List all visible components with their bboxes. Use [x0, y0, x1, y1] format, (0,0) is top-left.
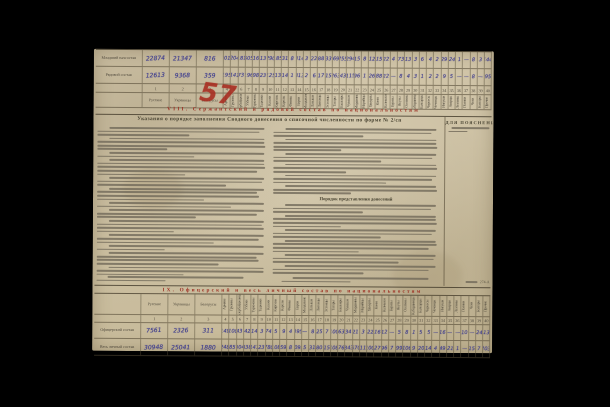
print-text-line	[284, 254, 435, 257]
nationality-header-text: Лезгины	[457, 96, 461, 109]
print-text-line	[97, 270, 264, 273]
nationality-header: Эстонцы	[324, 295, 331, 315]
col-number: 2	[170, 84, 197, 92]
nationality-header: Туркмены	[251, 295, 258, 315]
handwritten-value: 8	[309, 324, 316, 339]
handwritten-value-text: 570	[353, 345, 360, 351]
handwritten-value: 8	[403, 325, 410, 340]
handwritten-value-text: 14	[251, 328, 257, 334]
print-text-line	[273, 178, 432, 181]
print-text-line	[97, 227, 264, 230]
print-text-line	[97, 134, 189, 136]
col-number: 1	[143, 84, 170, 92]
print-text-line	[273, 157, 432, 160]
handwritten-value-text: 248	[222, 344, 229, 350]
handwritten-value: 16	[374, 325, 381, 340]
col-number-text: 31	[420, 87, 424, 92]
nationality-header: Чуваши	[346, 295, 353, 315]
handwritten-value: 196	[245, 68, 252, 84]
nationality-header: Мордвины	[353, 295, 360, 315]
handwritten-value: 80	[316, 340, 323, 356]
handwritten-value: 1	[456, 52, 463, 68]
col-number-text: 32	[426, 318, 430, 323]
col-number-text: 36	[455, 318, 459, 323]
nationality-header: Казахи	[266, 295, 273, 315]
print-text-line	[97, 231, 174, 233]
nationality-header-text: Чехи	[471, 98, 475, 105]
print-text-line	[273, 261, 399, 263]
col-number-text: 7	[247, 86, 249, 91]
print-text-line	[273, 192, 351, 194]
handwritten-value: 3	[412, 69, 419, 85]
col-number: 22	[354, 85, 361, 93]
print-text-line	[284, 229, 435, 232]
row-label: Рядовой состав	[96, 67, 143, 83]
nationality-header-text: Черкесы	[428, 96, 432, 108]
handwritten-value-text: 15	[354, 56, 360, 62]
handwritten-value-text: 185	[275, 56, 282, 62]
print-text-line	[109, 202, 264, 205]
handwritten-value-text: 49	[440, 346, 446, 352]
handwritten-value-text: 5	[419, 329, 422, 335]
col-number-text: 12	[281, 317, 285, 322]
handwritten-value-text: 816	[204, 55, 215, 62]
nationality-header-text: Буряты	[392, 96, 396, 107]
handwritten-value: 49	[440, 341, 447, 357]
handwritten-value: 12613	[143, 67, 170, 83]
handwritten-value-text: 30948	[144, 343, 163, 351]
handwritten-value-text: 9	[412, 346, 416, 352]
handwritten-value-text: —	[462, 346, 467, 352]
print-text-line	[109, 245, 264, 248]
handwritten-value-text: 1	[421, 74, 424, 80]
handwritten-value-text: 3	[361, 329, 364, 335]
col-number: 18	[324, 316, 331, 323]
handwritten-value-text: 100	[229, 328, 236, 335]
handwritten-value-text: 22	[367, 329, 373, 335]
handwritten-value: 99	[396, 341, 403, 357]
handwritten-value: 22	[383, 69, 390, 85]
handwritten-value-text: 85	[229, 344, 236, 350]
row-label-text: Офицерский состав	[99, 328, 135, 333]
col-number-text: 16	[312, 87, 316, 92]
handwritten-value: —	[456, 69, 463, 85]
print-text-line	[109, 152, 264, 155]
print-text-line	[285, 139, 436, 142]
col-number: 7	[244, 316, 251, 323]
nationality-header-text: Русские	[149, 98, 162, 102]
col-number-text: 20	[339, 317, 343, 322]
handwritten-value-text: —	[455, 329, 460, 335]
handwritten-value: 42	[244, 324, 251, 339]
handwritten-value-text: 42	[244, 328, 250, 334]
nationality-header: Башкиры	[340, 94, 347, 108]
col-number: 24	[369, 85, 376, 93]
handwritten-value: 13	[274, 68, 281, 84]
handwritten-value: 4	[405, 69, 412, 85]
nationality-header: Коми	[375, 296, 382, 316]
handwritten-value: 294	[347, 51, 354, 67]
nationality-header: Поляки	[462, 296, 469, 316]
col-number: 35	[447, 317, 454, 324]
nationality-header-text: Армяне	[224, 299, 228, 310]
print-text-line	[108, 266, 263, 269]
handwritten-value: 15	[354, 51, 361, 67]
nationality-header: Белорусы	[195, 294, 222, 314]
nationality-header-text: Узбеки	[245, 300, 249, 310]
nationality-header: Киргизы	[274, 94, 281, 108]
col-number-text: 34	[442, 87, 446, 92]
handwritten-value: 12	[382, 325, 389, 340]
handwritten-value-text: 3	[479, 57, 482, 63]
print-text-line	[97, 180, 262, 183]
print-text-line	[273, 272, 364, 274]
col-number-text: 22	[354, 317, 358, 322]
col-number-text: 21	[348, 87, 352, 92]
handwritten-value: 88	[318, 51, 325, 67]
handwritten-value-text: 88	[318, 56, 324, 62]
nationality-header: Якуты	[396, 296, 403, 316]
nationality-header: Литовцы	[318, 94, 325, 108]
col-number: 36	[454, 317, 461, 324]
handwritten-value: 5	[425, 325, 432, 340]
handwritten-value-text: 144	[485, 57, 492, 64]
corner-cell	[94, 294, 141, 314]
handwritten-value-text: 8	[311, 329, 314, 335]
handwritten-value-text: 12	[369, 56, 375, 62]
handwritten-value-text: 1	[457, 57, 460, 63]
handwritten-value: 33	[325, 51, 332, 67]
col-number-text: 36	[457, 87, 461, 92]
handwritten-value: 1	[411, 325, 418, 340]
handwritten-value-text: 15	[376, 56, 383, 62]
paper-sheet: Младший начсостав22874213478162010204181…	[92, 49, 494, 353]
col-number-text: 17	[319, 87, 323, 92]
handwritten-value: 1093	[295, 340, 302, 356]
handwritten-value: 263	[332, 68, 339, 84]
print-text-line	[97, 206, 231, 209]
handwritten-value-text: 25	[316, 329, 322, 335]
nationality-header: Финны	[289, 94, 296, 108]
nationality-header: Туркмены	[253, 94, 260, 108]
print-text-line	[273, 243, 437, 246]
print-text-line	[273, 236, 381, 238]
nationality-header-text: Туркмены	[253, 297, 257, 312]
nationality-header: Узбеки	[244, 295, 251, 315]
col-number: 40	[483, 317, 490, 324]
col-number: 20	[340, 85, 347, 93]
handwritten-value: 2010	[224, 51, 231, 67]
handwritten-value-text: 7	[390, 346, 393, 352]
nationality-header: Таджики	[259, 295, 266, 315]
handwritten-value: 395	[295, 324, 302, 339]
print-text-line	[97, 259, 259, 262]
col-number: 32	[425, 317, 432, 324]
handwritten-value-text: 2	[436, 74, 439, 80]
nationality-header-text: Украинцы	[173, 302, 190, 306]
handwritten-value-text: 9	[443, 74, 446, 80]
handwritten-value-text: 73	[238, 73, 244, 79]
nationality-header-text: Литовцы	[318, 299, 322, 312]
print-text-line	[273, 247, 429, 250]
nationality-header: Киргизы	[273, 295, 280, 315]
handwritten-value: 4	[391, 52, 398, 68]
handwritten-value-text: 96	[382, 345, 388, 351]
col-number: 5	[230, 316, 237, 323]
col-number: 15	[303, 85, 310, 93]
nationality-header-text: Латыши	[311, 299, 315, 311]
col-number-text: 10	[267, 317, 271, 322]
handwritten-value: 26	[369, 68, 376, 84]
handwritten-value: 13	[405, 52, 412, 68]
print-text-line	[285, 185, 436, 188]
handwritten-value-text: 12613	[146, 71, 165, 79]
print-text-line	[97, 173, 185, 175]
handwritten-value: 2	[427, 69, 434, 85]
col-number: 8	[251, 316, 258, 323]
nationality-header-text: Балкарцы	[419, 299, 423, 313]
handwritten-value-text: 59	[280, 345, 286, 351]
handwritten-value-text: 9368	[175, 72, 190, 79]
col-number: 30	[412, 86, 419, 94]
handwritten-value-text: 3	[305, 56, 309, 62]
nationality-header-text: Узбеки	[247, 96, 251, 106]
handwritten-value-text: 7	[325, 329, 328, 335]
handwritten-value-text: 4	[406, 74, 409, 80]
handwritten-value: 22	[367, 324, 374, 339]
print-text-line	[273, 160, 381, 162]
print-text-line	[273, 142, 436, 145]
nationality-header-text: Татары	[332, 300, 336, 310]
col-number: 7	[245, 85, 252, 93]
col-number: 36	[456, 86, 463, 94]
nationality-header: Черкесы	[425, 296, 432, 316]
handwritten-value: —	[432, 325, 439, 340]
footnote-right	[281, 277, 431, 285]
nationality-header-text: Башкиры	[341, 94, 345, 108]
nationality-header-text: Азербайджанцы	[238, 295, 242, 315]
nationality-header: Молдаване	[303, 94, 310, 108]
nationality-header-text: Прочие	[486, 97, 490, 108]
handwritten-value-text: 1093	[295, 345, 302, 351]
handwritten-value: 22874	[143, 50, 170, 66]
print-mark-number: 274-А	[480, 280, 490, 284]
handwritten-value: 108	[273, 340, 280, 356]
nationality-header: Евреи	[296, 94, 303, 108]
handwritten-value-text: 10	[461, 329, 467, 335]
handwritten-value: 1	[361, 68, 368, 84]
handwritten-value: 813	[296, 68, 303, 84]
nationality-header-text: Калмыки	[384, 95, 388, 109]
handwritten-value-text: 4	[434, 346, 437, 352]
handwritten-value-text: 780	[266, 345, 273, 352]
handwritten-value-text: 23	[260, 73, 266, 79]
col-number: 12	[280, 316, 287, 323]
handwritten-value: 149	[222, 324, 229, 339]
handwritten-value: 115	[347, 68, 354, 84]
row-label-text: Младший начсостав	[101, 56, 138, 61]
handwritten-value-text: 8	[289, 345, 292, 351]
print-text-line	[109, 188, 264, 191]
print-mark-prefix	[466, 281, 478, 283]
handwritten-value-text: —	[433, 329, 438, 335]
handwritten-value-text: 25041	[171, 344, 190, 351]
col-number-text: 25	[377, 87, 381, 92]
nationality-header-text: Молдаване	[305, 94, 309, 108]
handwritten-value: 255	[340, 51, 347, 67]
handwritten-value-text: 3	[414, 74, 418, 80]
nationality-header: Татары	[331, 295, 338, 315]
nationality-header-text: Карелы	[282, 299, 286, 310]
top-nationality-table: Младший начсостав22874213478162010204181…	[96, 49, 492, 110]
handwritten-value: 23	[258, 340, 265, 356]
col-number: 14	[295, 316, 302, 323]
handwritten-value-text: 9	[282, 328, 285, 334]
handwritten-value-text: 99	[396, 346, 402, 352]
handwritten-value-text: 2	[305, 73, 309, 79]
handwritten-value-text: 8	[405, 329, 408, 335]
col-number: 25	[376, 86, 383, 94]
handwritten-value: 290	[267, 51, 274, 67]
handwritten-value: 13	[260, 51, 267, 67]
handwritten-value: —	[454, 325, 461, 340]
handwritten-value-text: —	[464, 74, 469, 80]
handwritten-value-text: 63	[338, 329, 345, 335]
handwritten-value-text: 13	[274, 73, 280, 79]
handwritten-value: 31	[309, 340, 316, 356]
col-number-text: 27	[391, 87, 395, 92]
handwritten-value-text: 6	[421, 57, 424, 63]
handwritten-value-text: 15	[469, 346, 475, 352]
handwritten-value: 5	[448, 69, 455, 85]
col-number: 25	[375, 317, 382, 324]
table-row: Весь личный состав3094825041188024885304…	[94, 339, 490, 358]
handwritten-value: 2326	[168, 323, 195, 338]
for-explanations-title: ДЛЯ ПОЯСНЕНИЙ	[445, 120, 492, 125]
nationality-header: Удмурты	[369, 94, 376, 108]
print-text-line	[273, 167, 437, 170]
col-number: 3	[195, 315, 222, 322]
nationality-header: Балкарцы	[419, 95, 426, 109]
nationality-header-text: Чеченцы	[435, 95, 439, 108]
handwritten-value: 5	[273, 324, 280, 339]
print-text-line	[273, 149, 341, 151]
col-number: 17	[317, 316, 324, 323]
handwritten-value: 63	[338, 324, 345, 339]
handwritten-value-text: 1	[412, 329, 416, 335]
nationality-header-text: Кабардинцы	[412, 297, 416, 315]
col-number-text: 9	[262, 86, 264, 91]
nationality-header-text: Эстонцы	[326, 95, 330, 108]
print-text-line	[97, 248, 165, 250]
col-number-text: 30	[412, 318, 416, 323]
col-number: 6	[237, 316, 244, 323]
handwritten-value-text: —	[469, 330, 474, 336]
handwritten-value-text: 22874	[146, 54, 165, 62]
print-text-line	[273, 171, 346, 173]
handwritten-value-text: 69	[333, 56, 339, 62]
nationality-header: Аварцы	[447, 296, 454, 316]
handwritten-value: 304	[237, 340, 244, 356]
print-text-line	[273, 189, 437, 192]
handwritten-value: 29	[441, 52, 448, 68]
instructions-left-column	[97, 127, 268, 276]
handwritten-value-text: 181	[238, 55, 245, 61]
col-number: 29	[405, 86, 412, 94]
handwritten-value-text: —	[478, 74, 483, 80]
col-number-text: 40	[484, 318, 488, 323]
print-text-line	[97, 130, 259, 133]
col-number: 12	[282, 85, 289, 93]
nationality-header: Калмыки	[383, 95, 390, 109]
handwritten-value: —	[389, 325, 396, 340]
col-number-text: 6	[239, 317, 241, 322]
nationality-header-text: Белорусы	[200, 302, 216, 306]
print-text-line	[109, 138, 264, 141]
handwritten-value-text: 16	[253, 56, 259, 62]
handwritten-value-text: 304	[237, 344, 244, 350]
col-number-text: 13	[289, 317, 293, 322]
handwritten-value: 16	[440, 325, 447, 340]
handwritten-value-text: 76	[338, 345, 345, 351]
nationality-header-text: Калмыки	[383, 299, 387, 313]
handwritten-value: 1	[289, 68, 296, 84]
print-text-line	[109, 252, 264, 255]
nationality-header: Чуваши	[347, 94, 354, 108]
handwritten-value: —	[447, 325, 454, 340]
nationality-header-text: Болгары	[477, 300, 481, 312]
col-number-text: 31	[419, 318, 423, 323]
handwritten-value: 1880	[195, 339, 222, 355]
nationality-header: Буряты	[389, 296, 396, 316]
handwritten-value-text: 605	[246, 56, 253, 62]
nationality-header-text: Коми	[377, 98, 381, 106]
handwritten-value: 21347	[170, 50, 197, 66]
handwritten-value: 9	[441, 69, 448, 85]
handwritten-value: 141	[251, 340, 258, 356]
handwritten-value-text: 395	[295, 328, 302, 334]
col-number: 20	[338, 316, 345, 323]
col-number-text: 20	[341, 87, 345, 92]
col-number: 15	[302, 316, 309, 323]
nationality-header-text: Грузины	[231, 298, 235, 310]
corner-cell	[94, 315, 141, 322]
handwritten-value-text: 195	[224, 72, 231, 78]
instructions-heading: Указания о порядке заполнения Сводного д…	[97, 116, 441, 124]
print-text-line	[273, 211, 363, 213]
nationality-header-text: Буряты	[390, 300, 394, 311]
nationality-header: Ингуши	[440, 296, 447, 316]
col-number-text: 14	[297, 87, 301, 92]
col-number-text: 18	[326, 87, 330, 92]
handwritten-value-text: 3	[414, 57, 418, 63]
handwritten-value-text: 203	[483, 346, 490, 353]
handwritten-value-text: 20	[418, 346, 424, 352]
nationality-header-text: Чехи	[470, 302, 474, 309]
nationality-header-text: Якуты	[399, 97, 403, 106]
row-label: Офицерский состав	[94, 323, 141, 338]
handwritten-value-text: 108	[273, 345, 280, 351]
nationality-header-text: Мордвины	[355, 94, 359, 108]
handwritten-value-text: 27	[374, 345, 381, 351]
handwritten-value: —	[461, 341, 468, 357]
nationality-header: Карелы	[280, 295, 287, 315]
col-number: 1	[141, 315, 168, 322]
handwritten-value-text: 14	[282, 73, 288, 79]
handwritten-value-text: 22	[311, 56, 317, 62]
right-column-subheading: Порядок представления донесений	[273, 196, 439, 202]
handwritten-value-text: 314	[296, 56, 303, 62]
